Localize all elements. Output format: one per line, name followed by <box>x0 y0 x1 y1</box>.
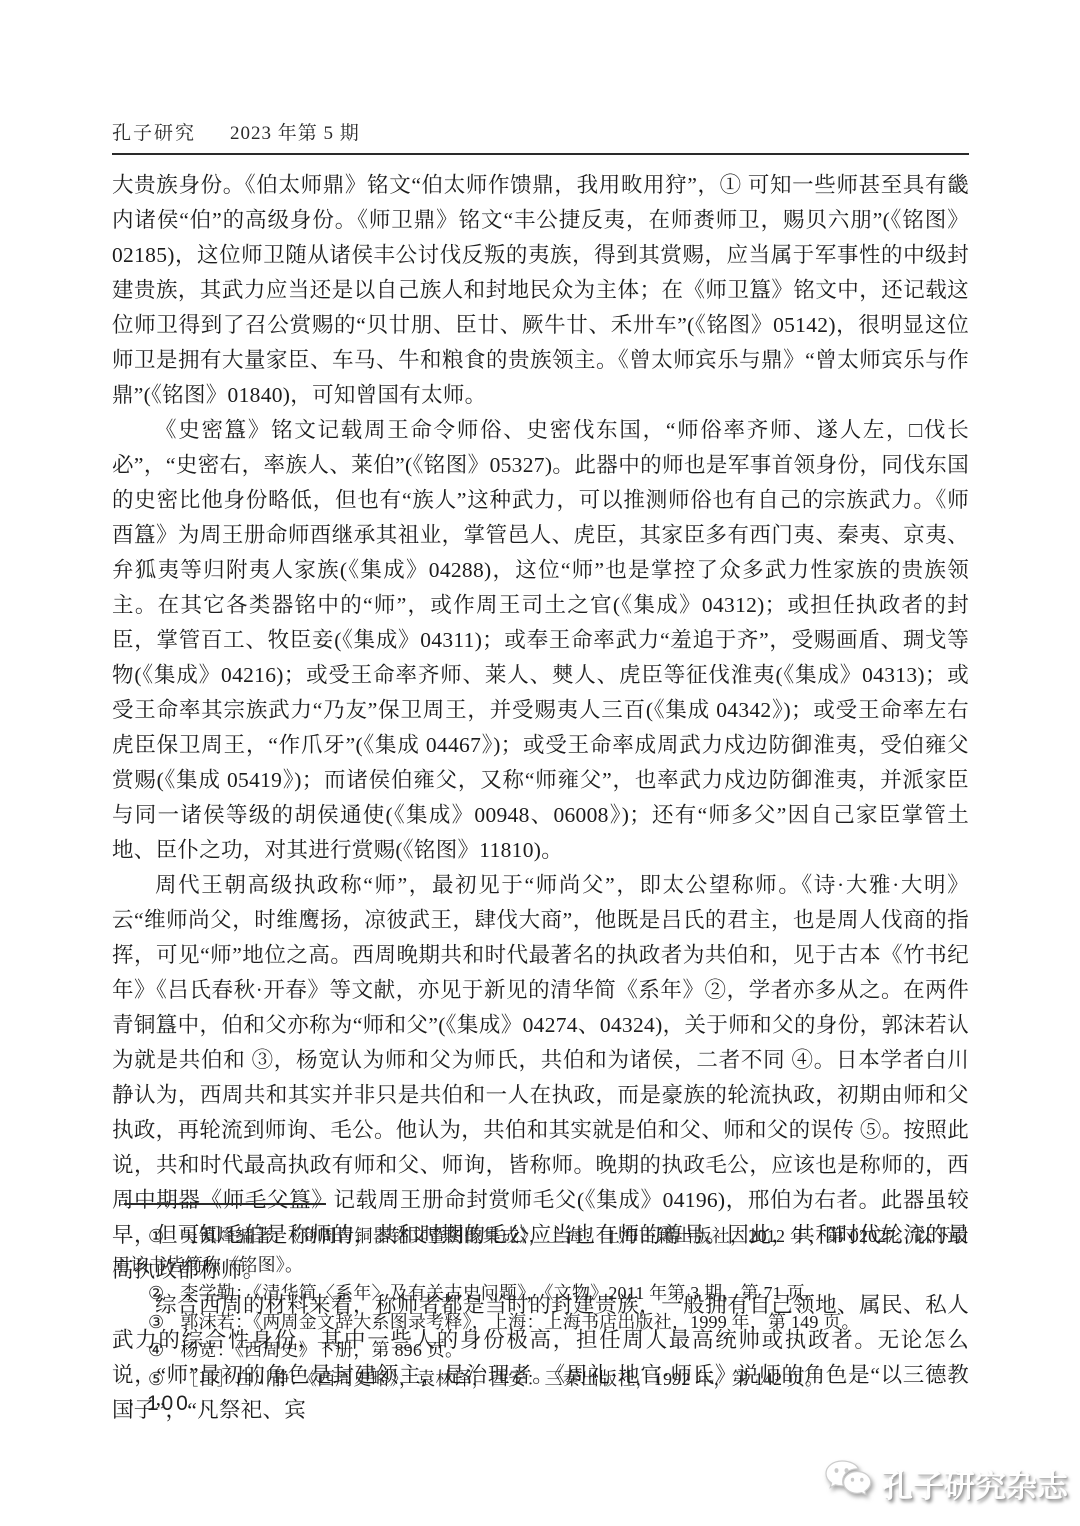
footnote-text: 郭沫若：《两周金文辞大系图录考释》，上海：上海书店出版社，1999 年，第 14… <box>180 1312 859 1332</box>
watermark-label: 孔子研究杂志 <box>882 1461 1068 1506</box>
footnote-text: ［日］白川静：《西周史略》，袁林译，西安：三秦出版社，1992 年，第 142 … <box>180 1369 823 1389</box>
footnote-marker: ① <box>148 1226 164 1246</box>
paragraph: 《史密簋》铭文记载周王命令师俗、史密伐东国，“师俗率齐师、遂人左，□伐长必”，“… <box>112 413 969 868</box>
issue-label: 2023 年第 5 期 <box>230 123 360 144</box>
journal-title: 孔子研究 <box>112 123 196 144</box>
footnote-item: ②李学勤：《清华简〈系年〉及有关古史问题》，《文物》2011 年第 3 期，第 … <box>112 1279 969 1308</box>
footnote-item: ④杨宽：《西周史》下册，第 896 页。 <box>112 1336 969 1365</box>
footnote-marker: ④ <box>148 1340 164 1360</box>
footnote-marker: ② <box>148 1283 164 1303</box>
footnote-text: 杨宽：《西周史》下册，第 896 页。 <box>180 1340 463 1360</box>
footnote-divider <box>124 1203 326 1205</box>
footnotes: ①吴镇烽编著：《商周青铜器铭文暨图像集成》，上海：上海古籍出版社，2012 年，… <box>112 1222 969 1393</box>
footnote-item: ①吴镇烽编著：《商周青铜器铭文暨图像集成》，上海：上海古籍出版社，2012 年，… <box>112 1222 969 1279</box>
footnote-item: ⑤［日］白川静：《西周史略》，袁林译，西安：三秦出版社，1992 年，第 142… <box>112 1365 969 1394</box>
footnote-marker: ③ <box>148 1312 164 1332</box>
journal-watermark: 孔子研究杂志 <box>822 1448 1072 1518</box>
running-header: 孔子研究2023 年第 5 期 <box>112 118 968 145</box>
paragraph: 大贵族身份。《伯太师鼎》铭文“伯太师作馈鼎，我用畋用狩”，① 可知一些师甚至具有… <box>112 168 969 413</box>
header-rule <box>112 153 969 155</box>
footnote-text: 吴镇烽编著：《商周青铜器铭文暨图像集成》，上海：上海古籍出版社，2012 年，第… <box>112 1226 969 1275</box>
footnote-item: ③郭沫若：《两周金文辞大系图录考释》，上海：上海书店出版社，1999 年，第 1… <box>112 1308 969 1337</box>
journal-page: 孔子研究2023 年第 5 期 大贵族身份。《伯太师鼎》铭文“伯太师作馈鼎，我用… <box>0 0 1080 1526</box>
wechat-logo-icon <box>822 1457 874 1510</box>
page-number: · 100 · <box>128 1392 210 1416</box>
footnote-text: 李学勤：《清华简〈系年〉及有关古史问题》，《文物》2011 年第 3 期，第 7… <box>180 1283 823 1303</box>
footnote-marker: ⑤ <box>148 1369 164 1389</box>
